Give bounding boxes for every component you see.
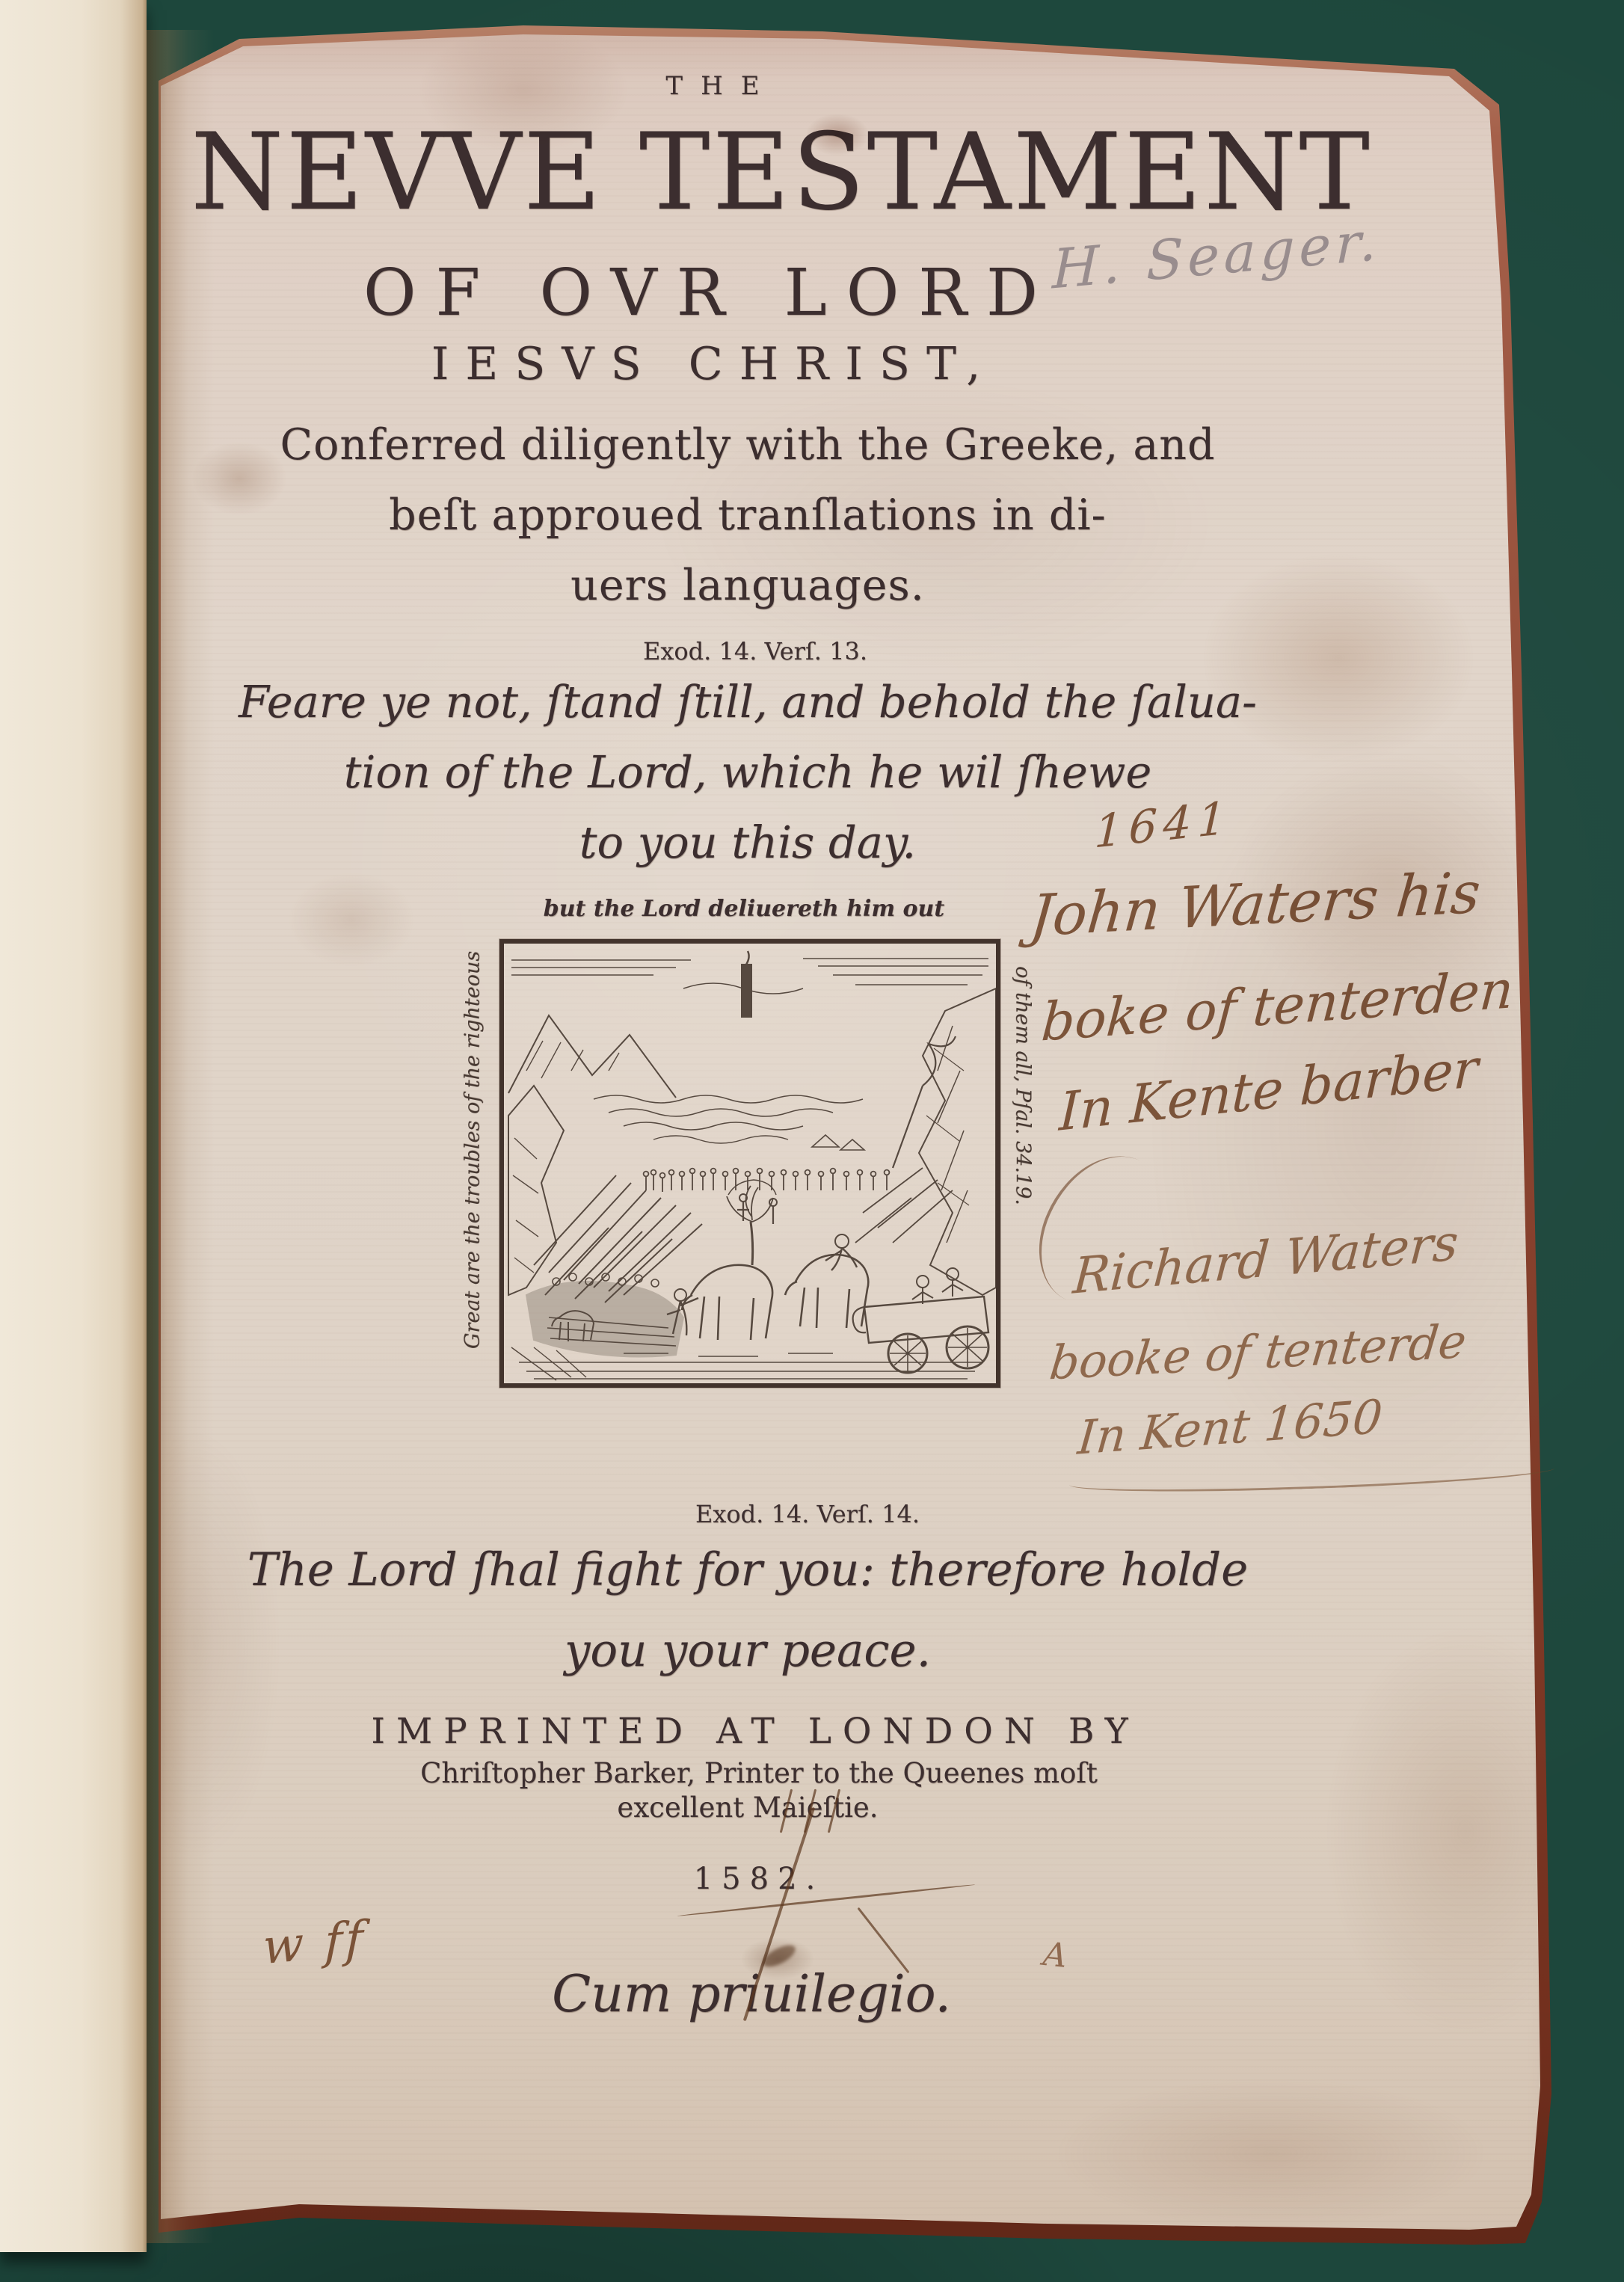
subtitle-block: Conferred diligently with the Greeke, an… bbox=[161, 410, 1335, 621]
woodcut-illustration bbox=[499, 939, 1000, 1388]
photograph-of-1582-new-testament-title-page: THE NEVVE TESTAMENT OF OVR LORD IESVS CH… bbox=[0, 0, 1624, 2282]
facing-page-edge bbox=[0, 0, 147, 2252]
woodcut-caption-right: of them all, Pſal. 34.19. bbox=[1012, 966, 1035, 1205]
small-ink-mark: A bbox=[1042, 1935, 1069, 1975]
woodcut-red-sea-scene bbox=[504, 944, 996, 1383]
subtitle-line: uers languages. bbox=[161, 550, 1335, 621]
verse-quotation-2: The Lord ſhal fight for you: therefore h… bbox=[161, 1530, 1335, 1691]
page-title-the: THE bbox=[161, 71, 1282, 101]
subtitle-line: Conferred diligently with the Greeke, an… bbox=[161, 410, 1335, 480]
page-title-iesvs-christ: IESVS CHRIST, bbox=[161, 338, 1267, 390]
verse-reference-exodus-14-14: Exod. 14. Verſ. 14. bbox=[161, 1500, 1454, 1528]
verse-reference-exodus-14-13: Exod. 14. Verſ. 13. bbox=[161, 637, 1350, 665]
verse-line: tion of the Lord, which he wil ſhewe bbox=[161, 737, 1335, 808]
subtitle-line: beſt approued tranſlations in di- bbox=[161, 480, 1335, 550]
verse-line: you your peace. bbox=[161, 1611, 1335, 1691]
verse-line: The Lord ſhal fight for you: therefore h… bbox=[161, 1530, 1335, 1611]
verse-line: Feare ye not, ſtand ſtill, and behold th… bbox=[161, 667, 1335, 737]
imprint-year: 1582. bbox=[161, 1862, 1357, 1896]
woodcut-caption-left: Great are the troubles of the righteous bbox=[461, 951, 485, 1349]
bottom-left-ink-mark: w ff bbox=[262, 1911, 366, 1975]
imprint-line-2: Chriſtopher Barker, Printer to the Queen… bbox=[161, 1757, 1357, 1789]
privilege-line: Cum priuilegio. bbox=[161, 1965, 1342, 2024]
page-title-main: NEVVE TESTAMENT bbox=[150, 111, 1413, 234]
imprint-line-1: IMPRINTED AT LONDON BY bbox=[161, 1711, 1350, 1752]
imprint-line-3: excellent Maieſtie. bbox=[161, 1792, 1335, 1824]
